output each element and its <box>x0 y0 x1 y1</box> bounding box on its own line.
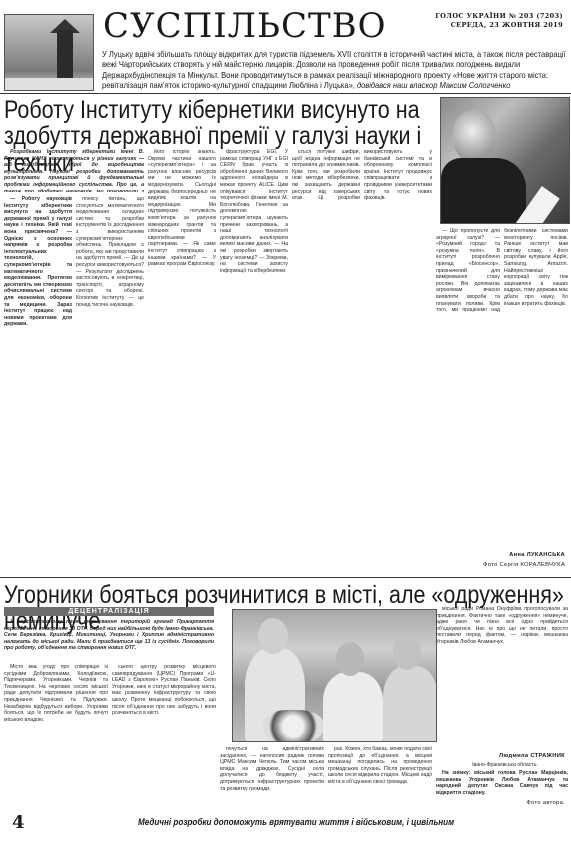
article1-col-6: — Що пропонуєте для аграрної галузі? — «… <box>436 228 568 548</box>
issue-number: ГОЛОС УКРАЇНИ № 203 (7203) <box>435 12 563 21</box>
group-photo <box>232 609 437 742</box>
issue-date: СЕРЕДА, 23 ЖОВТНЯ 2019 <box>435 21 563 30</box>
article2-intro: У перспективному плані формування терито… <box>4 619 214 661</box>
article2-col-5: міської ради Романа Онуфріїва проголосув… <box>436 606 568 751</box>
person-3-head <box>393 634 421 670</box>
page-number: 4 <box>12 812 25 833</box>
person-2-head <box>336 642 364 676</box>
footballs-shape <box>263 710 323 742</box>
footer-teaser: Медичні розробки допоможуть врятувати жи… <box>138 817 454 827</box>
article1-col-3: його історію знають. Окремі частини нашо… <box>148 149 216 566</box>
section-title: СУСПІЛЬСТВО <box>103 6 387 46</box>
person-3-shape <box>383 666 437 742</box>
article1-intro: Розробками Інституту кібернетики імені В… <box>4 149 144 192</box>
person-1-head <box>258 618 288 654</box>
article1-col-5: ється потужні шифри, щоб жодна інформаці… <box>292 149 432 566</box>
issue-info: ГОЛОС УКРАЇНИ № 203 (7203) СЕРЕДА, 23 ЖО… <box>435 12 563 30</box>
lead-author: довідався наш власкор Максим Сологченко <box>357 81 510 90</box>
divider <box>0 577 571 578</box>
portrait-head <box>453 110 495 162</box>
article2-col-2: ського центру розвитку місцевого самовря… <box>112 664 216 809</box>
scientist-photo <box>440 97 570 224</box>
divider <box>0 93 571 94</box>
rubric-label: ДЕЦЕНТРАЛІЗАЦІЯ <box>4 607 214 616</box>
article1-col-2: плексу питань, що стосуються математично… <box>76 196 144 566</box>
wall-shape <box>5 78 94 90</box>
tower-shape <box>57 30 73 82</box>
article2-region: Івано-Франківська область. <box>436 762 568 769</box>
article1-photo-credit: Фото Сергія КОРАЛЕВЧУКА <box>483 562 565 568</box>
article1-signature: Анна ЛУКАНСЬКА <box>509 552 565 558</box>
article2-photo-caption: На знімку: міський голова Руслан Марцінк… <box>436 770 568 798</box>
article2-col-4: рах. Кожен, хто бажає, може подати свої … <box>328 746 432 809</box>
article1-col-4: фраструктура EGI. У рамках співпраці УНГ… <box>220 149 288 566</box>
lead-story: У Луцьку вдвічі збільшать площу відкрити… <box>102 50 567 92</box>
tower-photo <box>4 14 94 91</box>
article1-col-1: — Роботу науковців Інституту кібернетики… <box>4 196 72 566</box>
article2-col-1: Місто має угоду про співпрацю із сусідні… <box>4 664 108 809</box>
person-2-shape <box>323 672 383 742</box>
article2-signature: Людмила СТРАЖНИК <box>499 753 565 759</box>
article2-photo-credit: Фото автора. <box>526 800 565 806</box>
portrait-body <box>441 158 526 224</box>
article2-col-3: почуться на адміністративних засіданнях,… <box>220 746 324 809</box>
